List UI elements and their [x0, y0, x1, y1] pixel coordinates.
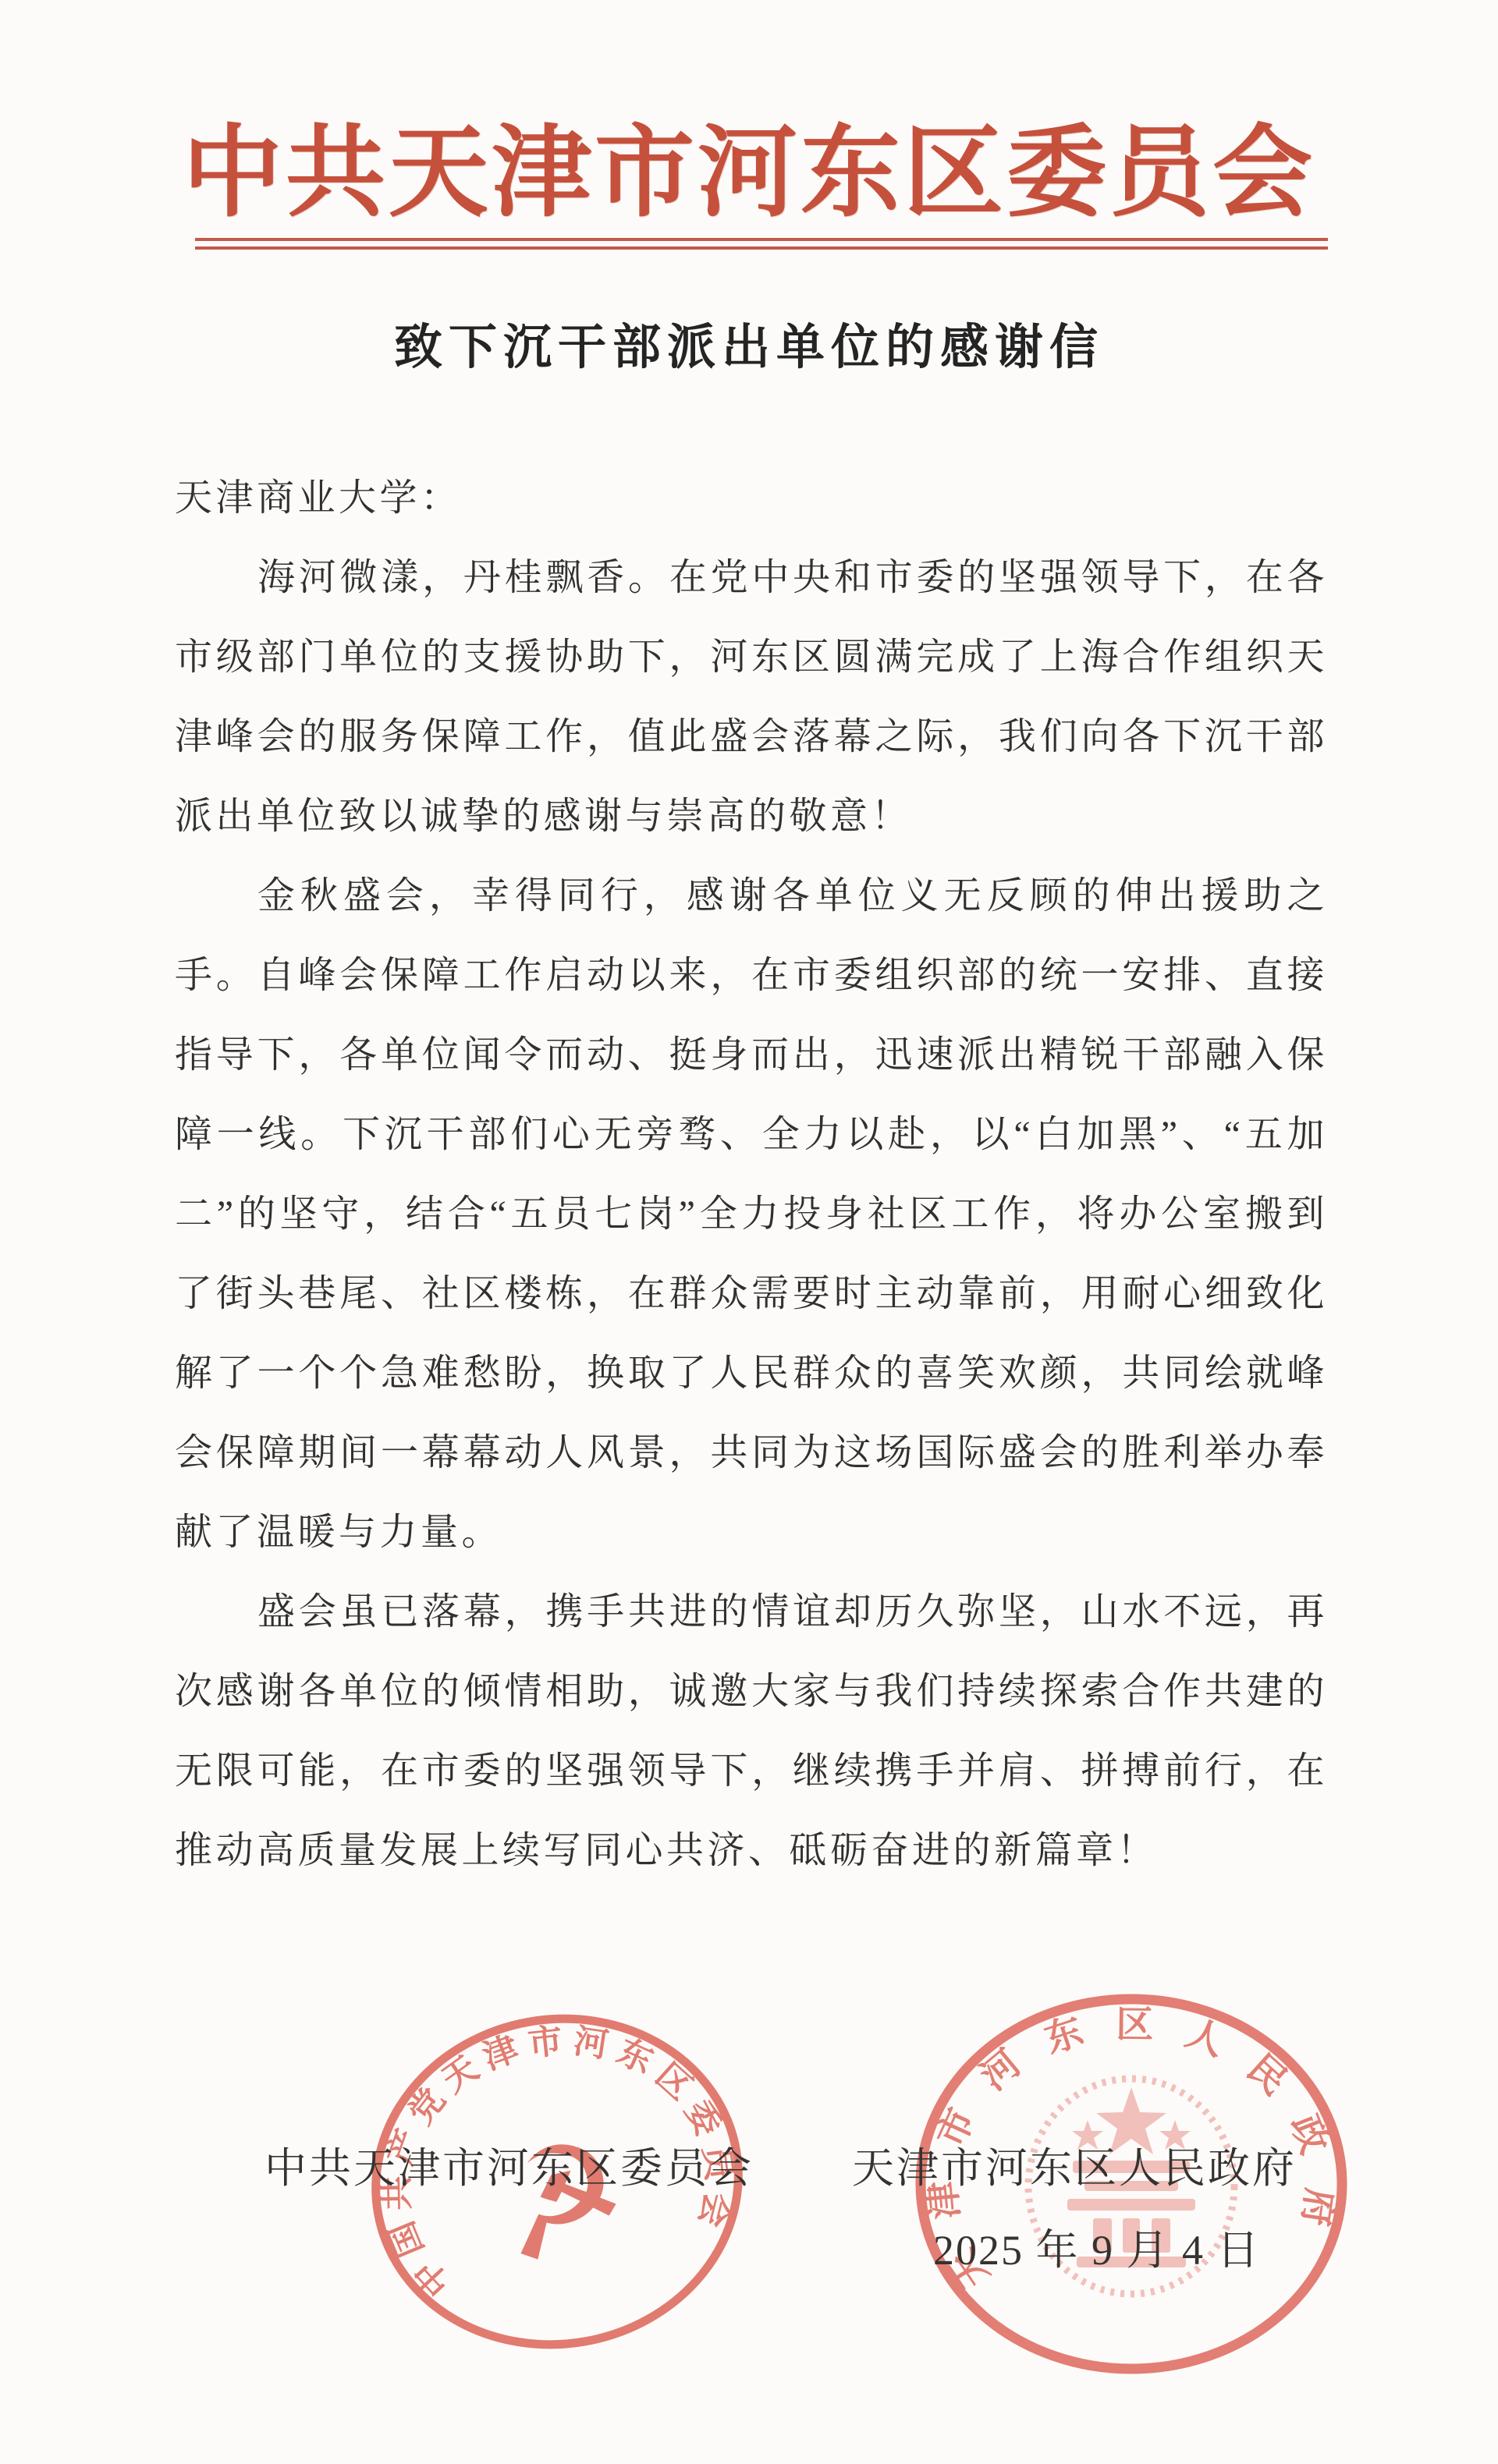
body-paragraph-1: 海河微漾，丹桂飘香。在党中央和市委的坚强领导下，在各市级部门单位的支援协助下，河…	[175, 538, 1328, 856]
letterhead-divider	[195, 238, 1328, 250]
body-paragraph-2: 金秋盛会，幸得同行，感谢各单位义无反顾的伸出援助之手。自峰会保障工作启动以来，在…	[175, 856, 1328, 1572]
divider-line-top	[195, 238, 1328, 241]
divider-line-bottom	[195, 246, 1328, 250]
hammer-sickle-icon: ☭	[475, 2102, 646, 2299]
document-title: 致下沉干部派出单位的感谢信	[0, 317, 1498, 379]
signature-left: 中共天津市河东区委员会	[264, 2141, 754, 2196]
scanned-letter-page: 中共天津市河东区委员会 致下沉干部派出单位的感谢信 天津商业大学： 海河微漾，丹…	[0, 0, 1498, 2464]
signature-right: 天津市河东区人民政府	[852, 2141, 1297, 2196]
letterhead-title: 中共天津市河东区委员会	[0, 111, 1498, 236]
letter-body: 天津商业大学： 海河微漾，丹桂飘香。在党中央和市委的坚强领导下，在各市级部门单位…	[175, 459, 1328, 1891]
body-paragraph-3: 盛会虽已落幕，携手共进的情谊却历久弥坚，山水不远，再次感谢各单位的倾情相助，诚邀…	[175, 1572, 1328, 1891]
date-line: 2025 年 9 月 4 日	[933, 2223, 1261, 2278]
recipient-salutation: 天津商业大学：	[175, 459, 1328, 538]
